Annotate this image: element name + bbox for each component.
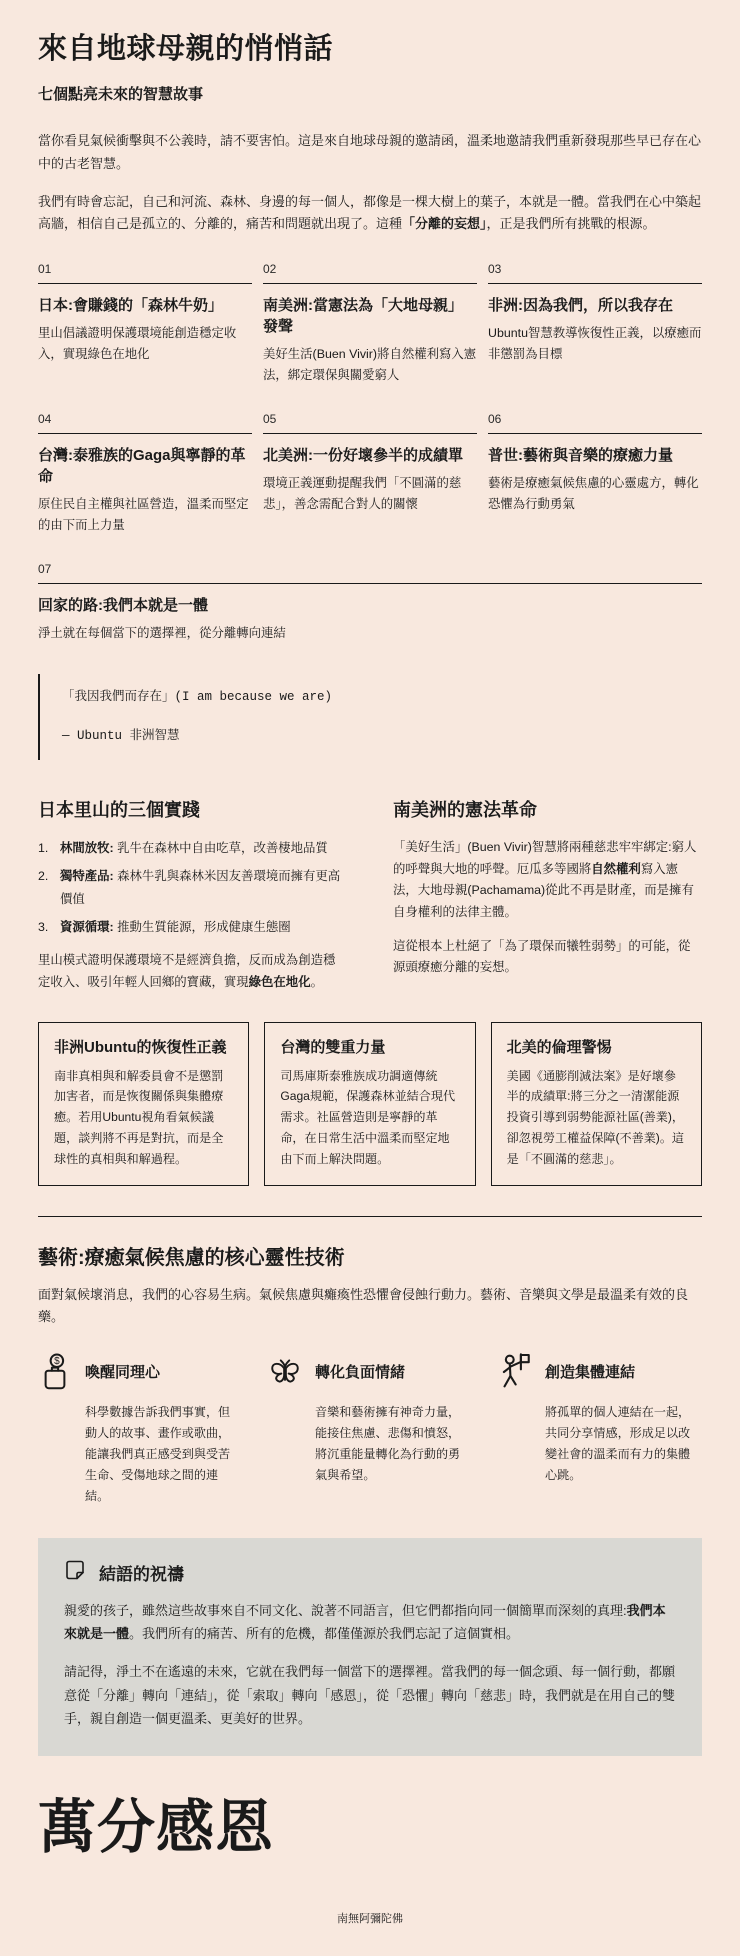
story-title: 回家的路:我們本就是一體 bbox=[38, 594, 702, 615]
story-card-05: 05 北美洲:一份好壞參半的成績單 環境正義運動提醒我們「不圓滿的慈悲」，善念需… bbox=[263, 412, 477, 536]
closing-text: 。我們所有的痛苦、所有的危機，都僅僅源於我們忘記了這個實相。 bbox=[129, 1626, 519, 1641]
quote-attribution: — Ubuntu 非洲智慧 bbox=[62, 727, 702, 746]
story-title: 非洲:因為我們，所以我存在 bbox=[488, 294, 702, 315]
japan-heading: 日本里山的三個實踐 bbox=[38, 796, 347, 822]
practice-number: 2. bbox=[38, 865, 60, 910]
story-number: 01 bbox=[38, 262, 252, 276]
practice-label: 林間放牧: bbox=[60, 841, 114, 855]
story-description: 藝術是療癒氣候焦慮的心靈處方，轉化恐懼為行動勇氣 bbox=[488, 473, 702, 515]
arts-column-label: 創造集體連結 bbox=[545, 1361, 635, 1382]
arts-column-label: 轉化負面情緒 bbox=[315, 1361, 405, 1382]
practice-text: 獨特產品: 森林牛乳與森林米因友善環境而擁有更高價值 bbox=[60, 865, 347, 910]
story-description: 里山倡議證明保護環境能創造穩定收入，實現綠色在地化 bbox=[38, 323, 252, 365]
document-page: 來自地球母親的悄悄話 七個點亮未來的智慧故事 當你看見氣候衝擊與不公義時，請不要… bbox=[0, 0, 740, 1956]
story-number: 05 bbox=[263, 412, 477, 426]
practice-label: 資源循環: bbox=[60, 920, 114, 934]
story-description: 淨土就在每個當下的選擇裡，從分離轉向連結 bbox=[38, 623, 702, 644]
story-title: 北美洲:一份好壞參半的成績單 bbox=[263, 444, 477, 465]
closing-paragraph-1: 親愛的孩子，雖然這些故事來自不同文化、說著不同語言，但它們都指向同一個簡單而深刻… bbox=[64, 1599, 676, 1646]
quote-text: 「我因我們而存在」(I am because we are) bbox=[62, 688, 702, 707]
practice-body: 乳牛在森林中自由吃草，改善棲地品質 bbox=[117, 841, 328, 855]
box-title: 台灣的雙重力量 bbox=[280, 1036, 459, 1057]
delusion-of-separation-emphasis: 「分離的妄想」 bbox=[402, 216, 487, 231]
japan-paragraph: 里山模式證明保護環境不是經濟負擔，反而成為創造穩定收入、吸引年輕人回鄉的寶藏，實… bbox=[38, 950, 347, 993]
box-north-america-ethics: 北美的倫理警惕 美國《通膨削減法案》是好壞參半的成績單:將三分之一清潔能源投資引… bbox=[491, 1022, 702, 1186]
story-rule bbox=[488, 283, 702, 284]
box-text: 美國《通膨削減法案》是好壞參半的成績單:將三分之一清潔能源投資引導到弱勢能源社區… bbox=[507, 1066, 686, 1170]
story-card-03: 03 非洲:因為我們，所以我存在 Ubuntu智慧教導恢復性正義，以療癒而非懲罰… bbox=[488, 262, 702, 386]
story-title: 台灣:泰雅族的Gaga與寧靜的革命 bbox=[38, 444, 252, 486]
story-card-07: 07 回家的路:我們本就是一體 淨土就在每個當下的選擇裡，從分離轉向連結 bbox=[38, 562, 702, 644]
page-subtitle: 七個點亮未來的智慧故事 bbox=[38, 83, 702, 104]
south-america-heading: 南美洲的憲法革命 bbox=[393, 796, 702, 822]
closing-text: 親愛的孩子，雖然這些故事來自不同文化、說著不同語言，但它們都指向同一個簡單而深刻… bbox=[64, 1603, 627, 1618]
story-description: 原住民自主權與社區營造，溫柔而堅定的由下而上力量 bbox=[38, 494, 252, 536]
story-description: 環境正義運動提醒我們「不圓滿的慈悲」，善念需配合對人的關懷 bbox=[263, 473, 477, 515]
closing-header: 結語的祝禱 bbox=[64, 1558, 676, 1587]
two-column-section: 日本里山的三個實踐 1. 林間放牧: 乳牛在森林中自由吃草，改善棲地品質 2. … bbox=[38, 796, 702, 994]
arts-column-header: 轉化負面情緒 bbox=[268, 1350, 472, 1394]
box-taiwan-dual-power: 台灣的雙重力量 司馬庫斯泰雅族成功調適傳統Gaga規範，保護森林並結合現代需求。… bbox=[264, 1022, 475, 1186]
story-number: 04 bbox=[38, 412, 252, 426]
arts-column-text: 科學數據告訴我們事實，但動人的故事、畫作或歌曲，能讓我們真正感受到與受苦生命、受… bbox=[85, 1402, 242, 1508]
note-icon bbox=[64, 1558, 86, 1587]
section-divider bbox=[38, 1216, 702, 1217]
practice-number: 1. bbox=[38, 837, 60, 859]
ubuntu-quote-block: 「我因我們而存在」(I am because we are) — Ubuntu … bbox=[38, 674, 702, 760]
svg-text:$: $ bbox=[54, 1356, 60, 1367]
arts-column-label: 喚醒同理心 bbox=[85, 1361, 160, 1382]
closing-blessing-box: 結語的祝禱 親愛的孩子，雖然這些故事來自不同文化、說著不同語言，但它們都指向同一… bbox=[38, 1538, 702, 1756]
story-card-06: 06 普世:藝術與音樂的療癒力量 藝術是療癒氣候焦慮的心靈處方，轉化恐懼為行動勇… bbox=[488, 412, 702, 536]
practice-text: 資源循環: 推動生質能源，形成健康生態圈 bbox=[60, 916, 291, 938]
practice-text: 林間放牧: 乳牛在森林中自由吃草，改善棲地品質 bbox=[60, 837, 328, 859]
intro-paragraph-2: 我們有時會忘記，自己和河流、森林、身邊的每一個人，都像是一棵大樹上的葉子，本就是… bbox=[38, 191, 702, 237]
practice-item: 2. 獨特產品: 森林牛乳與森林米因友善環境而擁有更高價值 bbox=[38, 865, 347, 910]
footer-mantra: 南無阿彌陀佛 bbox=[38, 1910, 702, 1926]
intro-paragraph-1: 當你看見氣候衝擊與不公義時，請不要害怕。這是來自地球母親的邀請函，溫柔地邀請我們… bbox=[38, 130, 702, 176]
story-rule bbox=[38, 433, 252, 434]
arts-column-emotions: 轉化負面情緒 音樂和藝術擁有神奇力量，能接住焦慮、悲傷和憤怒，將沉重能量轉化為行… bbox=[268, 1350, 472, 1508]
box-africa-ubuntu: 非洲Ubuntu的恢復性正義 南非真相與和解委員會不是懲罰加害者，而是恢復關係與… bbox=[38, 1022, 249, 1186]
story-card-01: 01 日本:會賺錢的「森林牛奶」 里山倡議證明保護環境能創造穩定收入，實現綠色在… bbox=[38, 262, 252, 386]
arts-column-connection: 創造集體連結 將孤單的個人連結在一起，共同分享情感，形成足以改變社會的溫柔而有力… bbox=[498, 1350, 702, 1508]
intro-text: 當你看見氣候衝擊與不公義時，請不要害怕。這是來自地球母親的邀請函，溫柔地邀請我們… bbox=[38, 133, 701, 171]
box-text: 司馬庫斯泰雅族成功調適傳統Gaga規範，保護森林並結合現代需求。社區營造則是寧靜… bbox=[280, 1066, 459, 1170]
gratitude-big-text: 萬分感恩 bbox=[38, 1780, 702, 1864]
story-rule bbox=[488, 433, 702, 434]
story-card-04: 04 台灣:泰雅族的Gaga與寧靜的革命 原住民自主權與社區營造，溫柔而堅定的由… bbox=[38, 412, 252, 536]
rights-of-nature-emphasis: 自然權利 bbox=[591, 862, 641, 876]
green-localization-emphasis: 綠色在地化 bbox=[249, 975, 311, 989]
story-number: 02 bbox=[263, 262, 477, 276]
practice-body: 推動生質能源，形成健康生態圈 bbox=[117, 920, 290, 934]
japan-satoyama-column: 日本里山的三個實踐 1. 林間放牧: 乳牛在森林中自由吃草，改善棲地品質 2. … bbox=[38, 796, 347, 994]
arts-column-header: $ 喚醒同理心 bbox=[38, 1350, 242, 1394]
arts-column-text: 將孤單的個人連結在一起，共同分享情感，形成足以改變社會的溫柔而有力的集體心跳。 bbox=[545, 1402, 702, 1487]
south-america-paragraph-1: 「美好生活」(Buen Vivir)智慧將兩種慈悲牢牢綁定:窮人的呼聲與大地的呼… bbox=[393, 837, 702, 924]
arts-intro: 面對氣候壞消息，我們的心容易生病。氣候焦慮與癱瘓性恐懼會侵蝕行動力。藝術、音樂與… bbox=[38, 1284, 702, 1328]
story-number: 07 bbox=[38, 562, 702, 576]
story-title: 日本:會賺錢的「森林牛奶」 bbox=[38, 294, 252, 315]
story-title: 南美洲:當憲法為「大地母親」發聲 bbox=[263, 294, 477, 336]
story-number: 03 bbox=[488, 262, 702, 276]
intro-text: ，正是我們所有挑戰的根源。 bbox=[487, 216, 656, 231]
story-description: 美好生活(Buen Vivir)將自然權利寫入憲法，綁定環保與關愛窮人 bbox=[263, 344, 477, 386]
south-america-column: 南美洲的憲法革命 「美好生活」(Buen Vivir)智慧將兩種慈悲牢牢綁定:窮… bbox=[393, 796, 702, 994]
story-rule bbox=[38, 583, 702, 584]
practice-number: 3. bbox=[38, 916, 60, 938]
story-title: 普世:藝術與音樂的療癒力量 bbox=[488, 444, 702, 465]
arts-column-empathy: $ 喚醒同理心 科學數據告訴我們事實，但動人的故事、畫作或歌曲，能讓我們真正感受… bbox=[38, 1350, 242, 1508]
satoyama-practices-list: 1. 林間放牧: 乳牛在森林中自由吃草，改善棲地品質 2. 獨特產品: 森林牛乳… bbox=[38, 837, 347, 938]
south-america-paragraph-2: 這從根本上杜絕了「為了環保而犧牲弱勢」的可能，從源頭療癒分離的妄想。 bbox=[393, 936, 702, 979]
person-flag-icon bbox=[498, 1351, 532, 1393]
story-rule bbox=[263, 283, 477, 284]
story-description: Ubuntu智慧教導恢復性正義，以療癒而非懲罰為目標 bbox=[488, 323, 702, 365]
arts-section: 藝術:療癒氣候焦慮的核心靈性技術 面對氣候壞消息，我們的心容易生病。氣候焦慮與癱… bbox=[38, 1241, 702, 1508]
arts-column-text: 音樂和藝術擁有神奇力量，能接住焦慮、悲傷和憤怒，將沉重能量轉化為行動的勇氣與希望… bbox=[315, 1402, 472, 1487]
practice-item: 1. 林間放牧: 乳牛在森林中自由吃草，改善棲地品質 bbox=[38, 837, 347, 859]
butterfly-icon bbox=[268, 1353, 302, 1391]
box-title: 非洲Ubuntu的恢復性正義 bbox=[54, 1036, 233, 1057]
japan-paragraph-text: 。 bbox=[311, 975, 323, 989]
story-number: 06 bbox=[488, 412, 702, 426]
page-title: 來自地球母親的悄悄話 bbox=[38, 26, 702, 67]
box-title: 北美的倫理警惕 bbox=[507, 1036, 686, 1057]
practice-item: 3. 資源循環: 推動生質能源，形成健康生態圈 bbox=[38, 916, 347, 938]
insight-boxes-row: 非洲Ubuntu的恢復性正義 南非真相與和解委員會不是懲罰加害者，而是恢復關係與… bbox=[38, 1022, 702, 1186]
arts-column-header: 創造集體連結 bbox=[498, 1350, 702, 1394]
arts-heading: 藝術:療癒氣候焦慮的核心靈性技術 bbox=[38, 1241, 702, 1270]
closing-paragraph-2: 請記得，淨土不在遙遠的未來，它就在我們每一個當下的選擇裡。當我們的每一個念頭、每… bbox=[64, 1660, 676, 1730]
story-card-02: 02 南美洲:當憲法為「大地母親」發聲 美好生活(Buen Vivir)將自然權… bbox=[263, 262, 477, 386]
donation-coin-icon: $ bbox=[38, 1352, 72, 1392]
box-text: 南非真相與和解委員會不是懲罰加害者，而是恢復關係與集體療癒。若用Ubuntu視角… bbox=[54, 1066, 233, 1170]
story-rule bbox=[38, 283, 252, 284]
stories-grid: 01 日本:會賺錢的「森林牛奶」 里山倡議證明保護環境能創造穩定收入，實現綠色在… bbox=[38, 262, 702, 644]
closing-heading: 結語的祝禱 bbox=[99, 1560, 184, 1585]
practice-label: 獨特產品: bbox=[60, 869, 114, 883]
arts-columns: $ 喚醒同理心 科學數據告訴我們事實，但動人的故事、畫作或歌曲，能讓我們真正感受… bbox=[38, 1350, 702, 1508]
story-rule bbox=[263, 433, 477, 434]
